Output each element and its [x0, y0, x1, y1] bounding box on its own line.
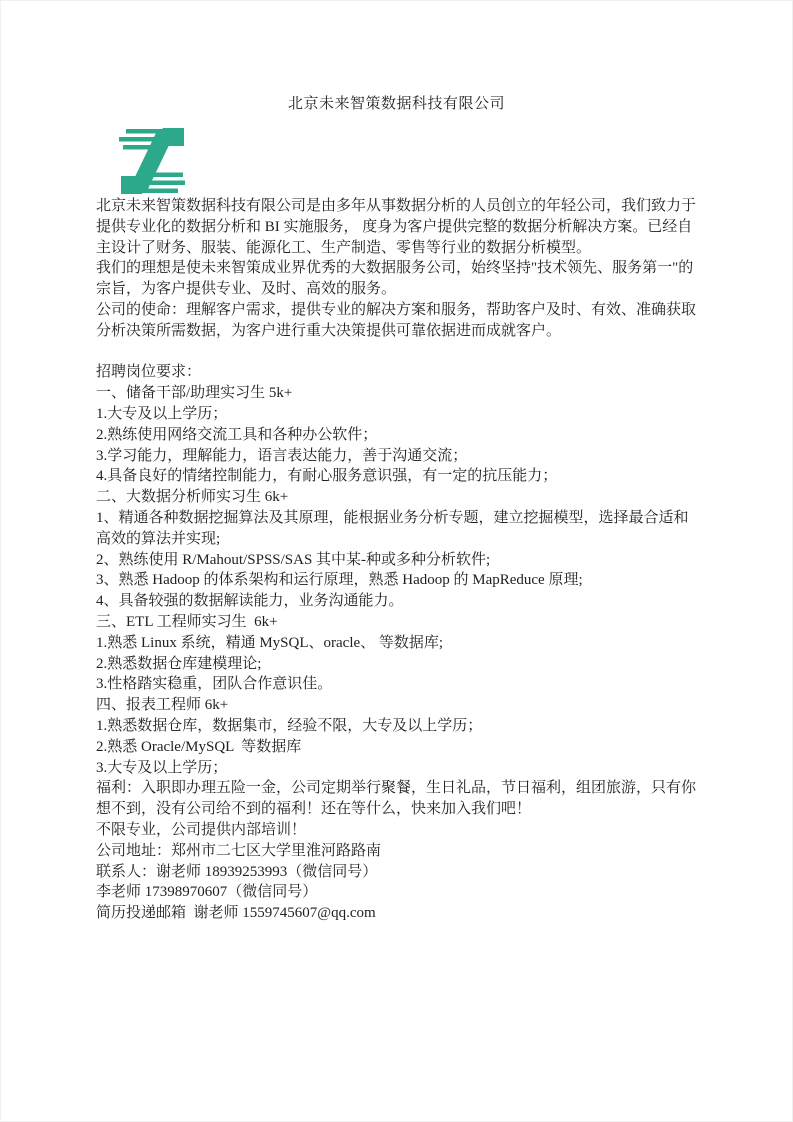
company-logo-z-icon	[117, 128, 188, 194]
position-title: 四、报表工程师 6k+	[96, 695, 698, 716]
intro-paragraph: 北京未来智策数据科技有限公司是由多年从事数据分析的人员创立的年轻公司，我们致力于…	[96, 196, 698, 258]
requirement-item: 3、熟悉 Hadoop 的体系架构和运行原理，熟悉 Hadoop 的 MapRe…	[96, 570, 698, 591]
blank-line	[96, 342, 698, 363]
requirement-item: 2.熟悉数据仓库建模理论;	[96, 654, 698, 675]
intro-paragraph: 公司的使命：理解客户需求，提供专业的解决方案和服务，帮助客户及时、有效、准确获取…	[96, 300, 698, 342]
address-line: 公司地址：郑州市二七区大学里淮河路路南	[96, 841, 698, 862]
resume-email-line: 简历投递邮箱 谢老师 1559745607@qq.com	[96, 903, 698, 924]
position-title: 一、储备干部/助理实习生 5k+	[96, 383, 698, 404]
document-body: 北京未来智策数据科技有限公司是由多年从事数据分析的人员创立的年轻公司，我们致力于…	[96, 196, 698, 924]
intro-paragraph: 我们的理想是使未来智策成业界优秀的大数据服务公司，始终坚持"技术领先、服务第一"…	[96, 258, 698, 300]
requirement-item: 1.熟悉数据仓库，数据集市，经验不限，大专及以上学历；	[96, 716, 698, 737]
requirement-item: 4.具备良好的情绪控制能力，有耐心服务意识强，有一定的抗压能力；	[96, 466, 698, 487]
contact-line-primary: 联系人：谢老师 18939253993（微信同号）	[96, 862, 698, 883]
requirement-item: 2、熟练使用 R/Mahout/SPSS/SAS 其中某-种或多种分析软件;	[96, 550, 698, 571]
benefits-line: 福利：入职即办理五险一金，公司定期举行聚餐，生日礼品，节日福利，组团旅游，只有你…	[96, 778, 698, 820]
requirement-item: 2.熟练使用网络交流工具和各种办公软件；	[96, 425, 698, 446]
requirement-item: 4、具备较强的数据解读能力，业务沟通能力。	[96, 591, 698, 612]
position-title: 三、ETL 工程师实习生 6k+	[96, 612, 698, 633]
training-line: 不限专业，公司提供内部培训！	[96, 820, 698, 841]
requirement-item: 3.大专及以上学历；	[96, 758, 698, 779]
recruit-heading: 招聘岗位要求：	[96, 362, 698, 383]
document-page: 北京未来智策数据科技有限公司 北京未来智策数据科技有限公司是由多年从事数据分	[0, 0, 793, 1122]
requirement-item: 3.学习能力，理解能力，语言表达能力，善于沟通交流；	[96, 446, 698, 467]
requirement-item: 1.熟悉 Linux 系统，精通 MySQL、oracle、 等数据库;	[96, 633, 698, 654]
contact-line-secondary: 李老师 17398970607（微信同号）	[96, 882, 698, 903]
requirement-item: 1、精通各种数据挖掘算法及其原理，能根据业务分析专题，建立挖掘模型，选择最合适和…	[96, 508, 698, 550]
position-title: 二、大数据分析师实习生 6k+	[96, 487, 698, 508]
requirement-item: 3.性格踏实稳重，团队合作意识佳。	[96, 674, 698, 695]
requirement-item: 1.大专及以上学历；	[96, 404, 698, 425]
requirement-item: 2.熟悉 Oracle/MySQL 等数据库	[96, 737, 698, 758]
page-title: 北京未来智策数据科技有限公司	[0, 94, 793, 114]
